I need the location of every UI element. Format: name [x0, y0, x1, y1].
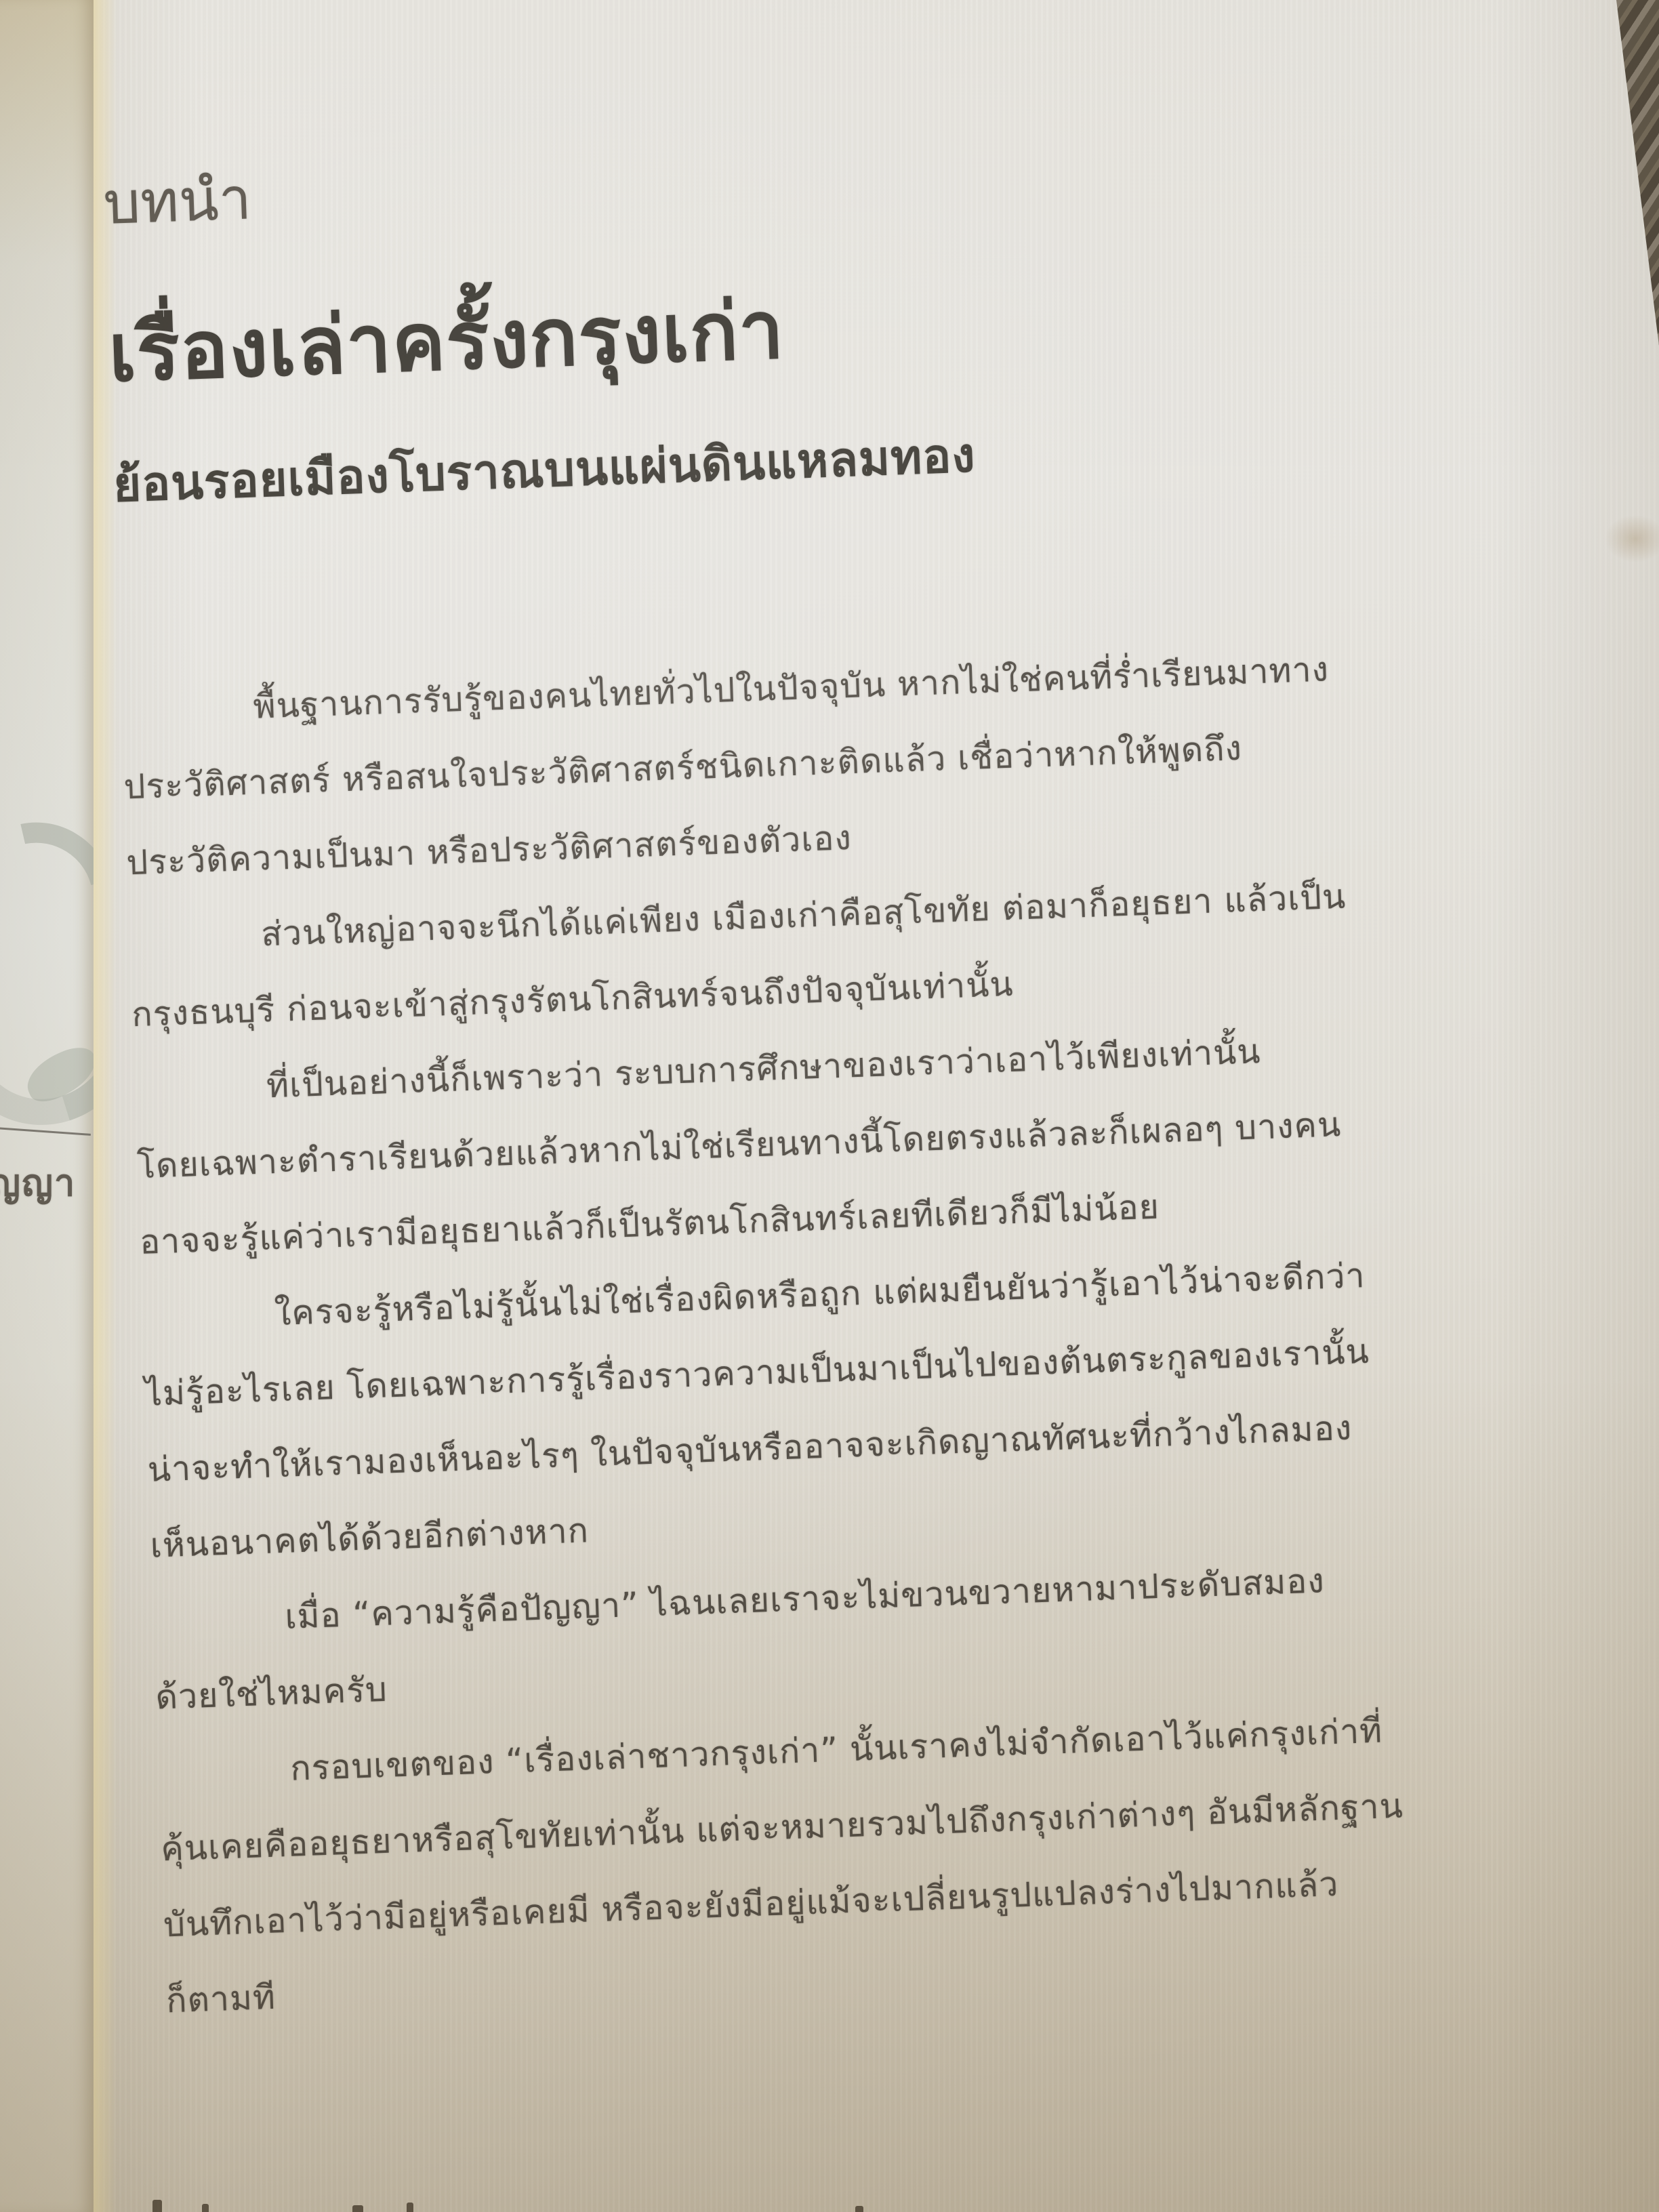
floral-watermark-curl	[0, 899, 94, 1158]
paragraph: กรอบเขตของ “เรื่องเล่าชาวกรุงเก่า” นั้นเ…	[157, 1683, 1651, 2039]
clipped-next-line-glyph-tips	[0, 2198, 1659, 2212]
section-label: บทนำ	[102, 102, 1589, 255]
adjacent-page-text-fragment: ญญา	[0, 1153, 76, 1212]
body-text: พื้นฐานการรับรู้ของคนไทยทั่วไปในปัจจุบัน…	[120, 621, 1651, 2039]
adjacent-page-rule	[0, 1127, 91, 1136]
book-page-photo: ญญา บทนำ เรื่องเล่าครั้งกรุงเก่า ย้อนรอย…	[0, 0, 1659, 2212]
paragraph: ใครจะรู้หรือไม่รู้นั้นไม่ใช่เรื่องผิดหรื…	[141, 1229, 1635, 1584]
page-text-block: บทนำ เรื่องเล่าครั้งกรุงเก่า ย้อนรอยเมือ…	[100, 61, 1651, 2039]
adjacent-page-edge: ญญา	[0, 0, 94, 2212]
paper-stain	[1605, 515, 1659, 562]
